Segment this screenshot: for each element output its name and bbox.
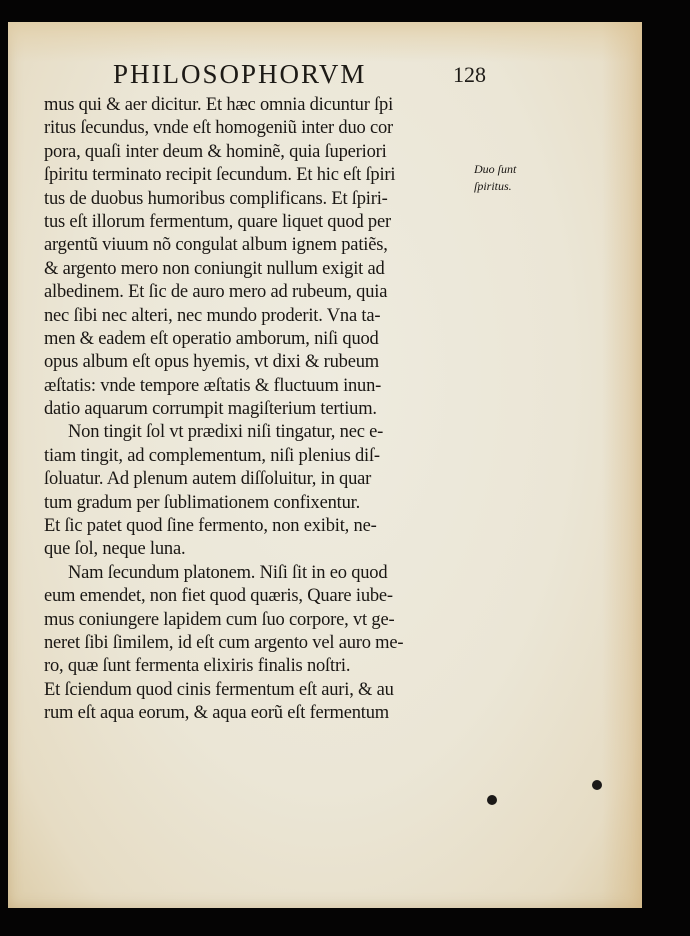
text-line: mus qui & aer dicitur. Et hæc omnia dicu…	[44, 94, 474, 117]
text-line: ſoluatur. Ad plenum autem diſſoluitur, i…	[44, 468, 474, 491]
text-line: ſpiritu terminato recipit ſecundum. Et h…	[44, 164, 474, 187]
paragraph-start-line: Nam ſecundum platonem. Niſi ſit in eo qu…	[44, 562, 474, 585]
text-line: nec ſibi nec alteri, nec mundo proderit.…	[44, 305, 474, 328]
text-line: que ſol, neque luna.	[44, 538, 474, 561]
text-line: tum gradum per ſublimationem confixentur…	[44, 492, 474, 515]
text-line: & argento mero non coniungit nullum exig…	[44, 258, 474, 281]
margin-note-line: Duo ſunt	[474, 161, 516, 178]
ink-dot-mark	[592, 780, 602, 790]
text-line: æſtatis: vnde tempore æſtatis & fluctuum…	[44, 375, 474, 398]
paragraph-start-line: Non tingit ſol vt prædixi niſi tingatur,…	[44, 421, 474, 444]
text-line: tus de duobus humoribus complificans. Et…	[44, 188, 474, 211]
ink-dot-mark	[487, 795, 497, 805]
text-line: tus eſt illorum fermentum, quare liquet …	[44, 211, 474, 234]
text-line: albedinem. Et ſic de auro mero ad rubeum…	[44, 281, 474, 304]
text-line: opus album eſt opus hyemis, vt dixi & ru…	[44, 351, 474, 374]
text-line: Et ſic patet quod ſine fermento, non exi…	[44, 515, 474, 538]
book-page: PHILOSOPHORVM 128 mus qui & aer dicitur.…	[8, 22, 642, 908]
margin-note-line: ſpiritus.	[474, 178, 516, 195]
text-line: neret ſibi ſimilem, id eſt cum argento v…	[44, 632, 474, 655]
running-title: PHILOSOPHORVM	[113, 59, 366, 90]
text-line: pora, quaſi inter deum & hominẽ, quia ſu…	[44, 141, 474, 164]
text-line: datio aquarum corrumpit magiſterium tert…	[44, 398, 474, 421]
text-line: men & eadem eſt operatio amborum, niſi q…	[44, 328, 474, 351]
text-line: mus coniungere lapidem cum ſuo corpore, …	[44, 609, 474, 632]
text-line: Et ſciendum quod cinis fermentum eſt aur…	[44, 679, 474, 702]
margin-note: Duo ſunt ſpiritus.	[474, 161, 516, 195]
page-number: 128	[453, 62, 486, 88]
text-line: eum emendet, non fiet quod quæris, Quare…	[44, 585, 474, 608]
text-line: argentũ viuum nõ congulat album ignem pa…	[44, 234, 474, 257]
body-text: mus qui & aer dicitur. Et hæc omnia dicu…	[44, 94, 474, 726]
text-line: tiam tingit, ad complementum, niſi pleni…	[44, 445, 474, 468]
text-line: ritus ſecundus, vnde eſt homogeniũ inter…	[44, 117, 474, 140]
text-line: ro, quæ ſunt fermenta elixiris finalis n…	[44, 655, 474, 678]
text-line: rum eſt aqua eorum, & aqua eorũ eſt ferm…	[44, 702, 474, 725]
